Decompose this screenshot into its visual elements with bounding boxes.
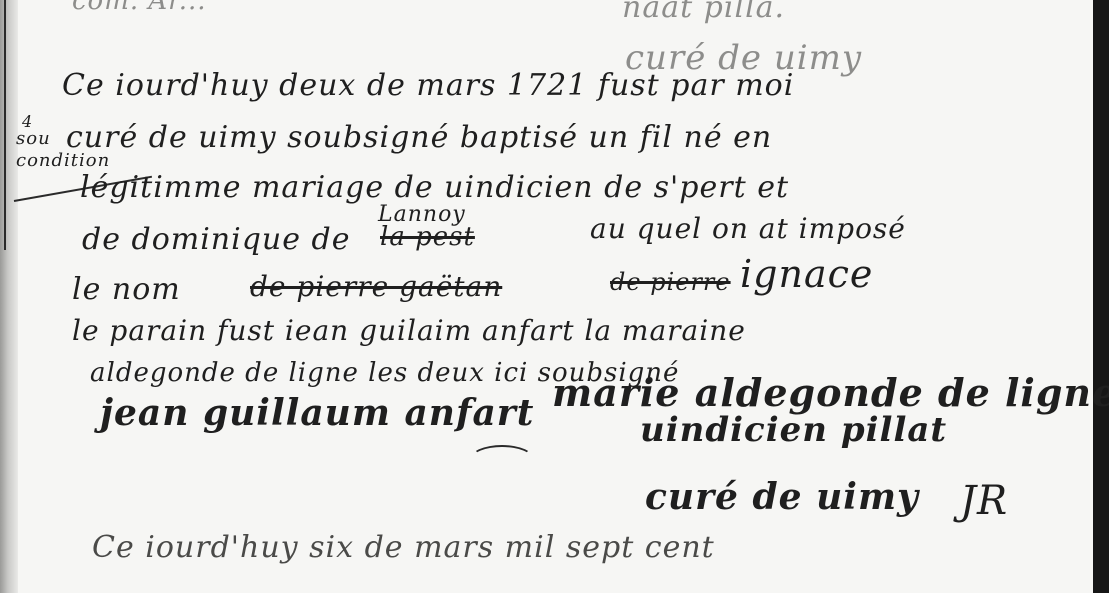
register-page: com. Ar... naat pilla. curé de uimy 4 so… [0, 0, 1109, 593]
entry-line-4: de dominique de [82, 222, 351, 257]
entry-line-4b: au quel on at imposé [590, 212, 906, 245]
entry-line-5: le nom [72, 272, 181, 307]
signature-priest: curé de uimy [645, 476, 919, 518]
margin-note-line1: sou [16, 128, 51, 149]
signature-godmother: marie aldegonde de ligne [552, 370, 1109, 415]
page-left-binding [0, 0, 18, 593]
page-right-edge [1093, 0, 1109, 593]
signature-father: uindicien pillat [640, 410, 947, 450]
crossed-out-text: la pest [380, 222, 475, 252]
signature-godfather: jean guillaum anfart [100, 392, 534, 434]
previous-entry-fragment: com. Ar... [72, 0, 207, 16]
next-entry-start: Ce iourd'huy six de mars mil sept cent [92, 530, 715, 565]
entry-line-2: curé de uimy soubsigné baptisé un fil né… [66, 120, 772, 155]
crossed-out-name: de pierre gaëtan [250, 270, 502, 303]
page-left-rule [4, 0, 6, 250]
previous-entry-signature: naat pilla. [622, 0, 785, 25]
signature-flourish [470, 445, 534, 473]
crossed-out-name-2: de pierre [610, 268, 731, 296]
entry-line-3: légitimme mariage de uindicien de s'pert… [80, 170, 789, 205]
entry-line-1: Ce iourd'huy deux de mars 1721 fust par … [62, 68, 794, 103]
entry-line-6: le parain fust iean guilaim anfart la ma… [72, 314, 746, 347]
priest-monogram: JR [960, 478, 1008, 524]
baptismal-name: ignace [740, 252, 873, 296]
